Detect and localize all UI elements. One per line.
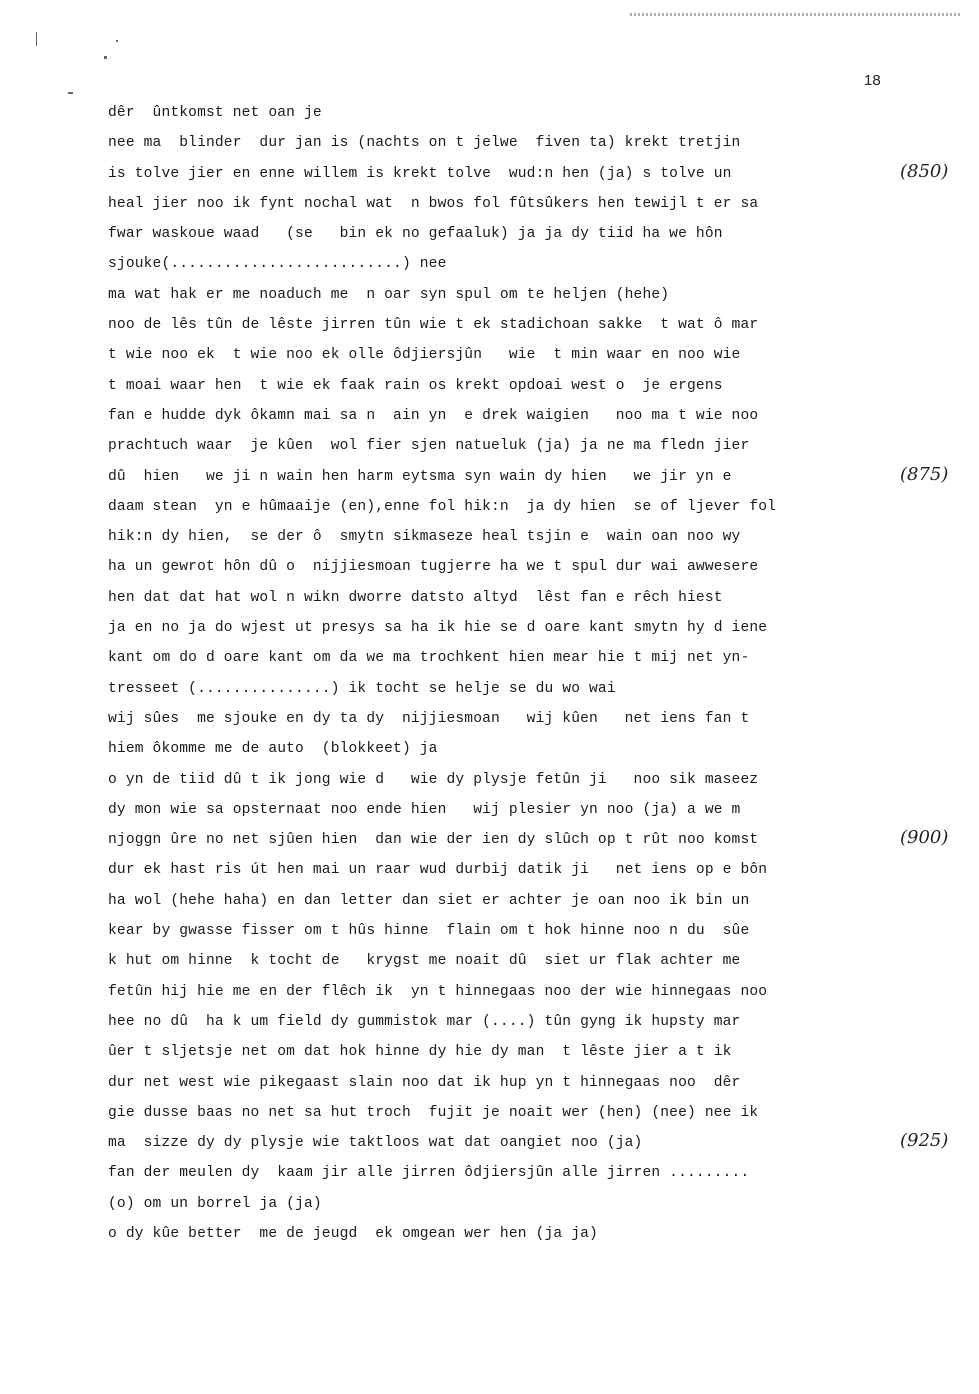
transcript-line: k hut om hinne k tocht de krygst me noai…: [108, 946, 908, 976]
transcript-line: prachtuch waar je kûen wol fier sjen nat…: [108, 431, 908, 461]
transcript-line: o yn de tiid dû t ik jong wie d wie dy p…: [108, 765, 908, 795]
transcript-line: gie dusse baas no net sa hut troch fujit…: [108, 1098, 908, 1128]
scan-mark: [104, 56, 107, 59]
scan-noise: [630, 13, 960, 16]
transcript-line: fetûn hij hie me en der flêch ik yn t hi…: [108, 977, 908, 1007]
transcript-line: nee ma blinder dur jan is (nachts on t j…: [108, 128, 908, 158]
transcript-line: fwar waskoue waad (se bin ek no gefaaluk…: [108, 219, 908, 249]
transcript-body: dêr ûntkomst net oan jenee ma blinder du…: [108, 98, 908, 1249]
transcript-line: (o) om un borrel ja (ja): [108, 1189, 908, 1219]
transcript-line: sjouke(..........................) nee: [108, 249, 908, 279]
margin-line-count-note: (850): [900, 161, 948, 182]
margin-line-count-note: (925): [900, 1130, 948, 1151]
transcript-line: dur net west wie pikegaast slain noo dat…: [108, 1068, 908, 1098]
margin-line-count-note: (875): [900, 464, 948, 485]
scan-mark: [116, 40, 118, 42]
transcript-line: heal jier noo ik fynt nochal wat n bwos …: [108, 189, 908, 219]
transcript-line: noo de lês tûn de lêste jirren tûn wie t…: [108, 310, 908, 340]
transcript-line: daam stean yn e hûmaaije (en),enne fol h…: [108, 492, 908, 522]
transcript-line: ha un gewrot hôn dû o nijjiesmoan tugjer…: [108, 552, 908, 582]
transcript-line: t wie noo ek t wie noo ek olle ôdjiersjû…: [108, 340, 908, 370]
transcript-line: kant om do d oare kant om da we ma troch…: [108, 643, 908, 673]
document-page: 18 dêr ûntkomst net oan jenee ma blinder…: [0, 0, 979, 1394]
scan-mark: [68, 92, 73, 94]
transcript-line: t moai waar hen t wie ek faak rain os kr…: [108, 371, 908, 401]
transcript-line: dû hien we ji n wain hen harm eytsma syn…: [108, 462, 908, 492]
transcript-line: kear by gwasse fisser om t hûs hinne fla…: [108, 916, 908, 946]
transcript-line: hee no dû ha k um field dy gummistok mar…: [108, 1007, 908, 1037]
transcript-line: dur ek hast ris út hen mai un raar wud d…: [108, 855, 908, 885]
scan-mark: [36, 32, 37, 46]
transcript-line: ma sizze dy dy plysje wie taktloos wat d…: [108, 1128, 908, 1158]
transcript-line: fan e hudde dyk ôkamn mai sa n ain yn e …: [108, 401, 908, 431]
transcript-line: dêr ûntkomst net oan je: [108, 98, 908, 128]
transcript-line: ma wat hak er me noaduch me n oar syn sp…: [108, 280, 908, 310]
transcript-line: ûer t sljetsje net om dat hok hinne dy h…: [108, 1037, 908, 1067]
transcript-line: tresseet (...............) ik tocht se h…: [108, 674, 908, 704]
transcript-line: hik:n dy hien, se der ô smytn sikmaseze …: [108, 522, 908, 552]
page-number: 18: [864, 72, 881, 89]
transcript-line: hen dat dat hat wol n wikn dworre datsto…: [108, 583, 908, 613]
transcript-line: o dy kûe better me de jeugd ek omgean we…: [108, 1219, 908, 1249]
transcript-line: fan der meulen dy kaam jir alle jirren ô…: [108, 1158, 908, 1188]
margin-line-count-note: (900): [900, 827, 948, 848]
transcript-line: ja en no ja do wjest ut presys sa ha ik …: [108, 613, 908, 643]
transcript-line: ha wol (hehe haha) en dan letter dan sie…: [108, 886, 908, 916]
transcript-line: wij sûes me sjouke en dy ta dy nijjiesmo…: [108, 704, 908, 734]
transcript-line: dy mon wie sa opsternaat noo ende hien w…: [108, 795, 908, 825]
transcript-line: njoggn ûre no net sjûen hien dan wie der…: [108, 825, 908, 855]
transcript-line: hiem ôkomme me de auto (blokkeet) ja: [108, 734, 908, 764]
transcript-line: is tolve jier en enne willem is krekt to…: [108, 159, 908, 189]
